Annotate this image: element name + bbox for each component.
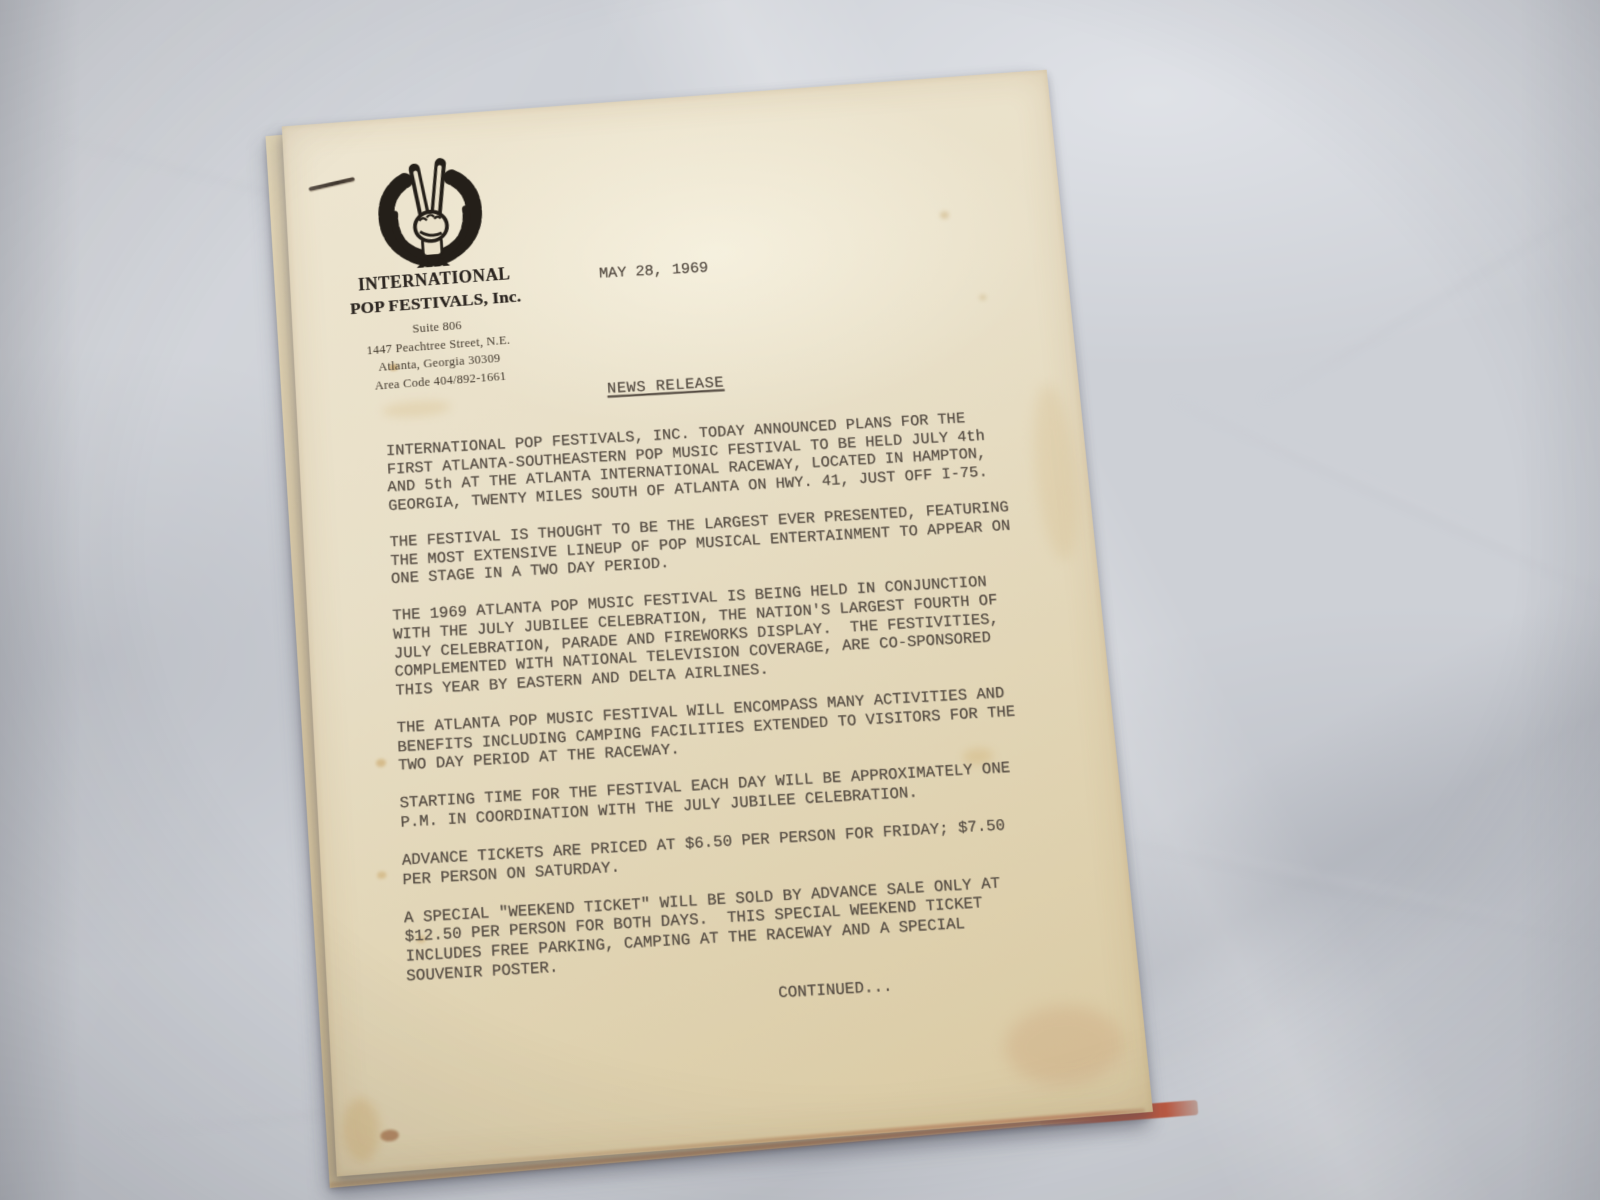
- body-paragraph: THE 1969 ATLANTA POP MUSIC FESTIVAL IS B…: [392, 572, 1021, 701]
- body-paragraph: A SPECIAL "WEEKEND TICKET" WILL BE SOLD …: [404, 872, 1043, 986]
- typed-content: MAY 28, 1969 NEWS RELEASE INTERNATIONAL …: [288, 82, 1140, 1176]
- dateline: MAY 28, 1969: [599, 259, 709, 282]
- paper-sheet: INTERNATIONAL POP FESTIVALS, Inc. Suite …: [282, 70, 1153, 1177]
- release-body: INTERNATIONAL POP FESTIVALS, INC. TODAY …: [386, 407, 1046, 1024]
- news-release-title: NEWS RELEASE: [607, 374, 725, 398]
- body-paragraph: THE ATLANTA POP MUSIC FESTIVAL WILL ENCO…: [396, 683, 1026, 776]
- body-paragraph: INTERNATIONAL POP FESTIVALS, INC. TODAY …: [386, 407, 1007, 515]
- body-paragraph: THE FESTIVAL IS THOUGHT TO BE THE LARGES…: [389, 498, 1012, 589]
